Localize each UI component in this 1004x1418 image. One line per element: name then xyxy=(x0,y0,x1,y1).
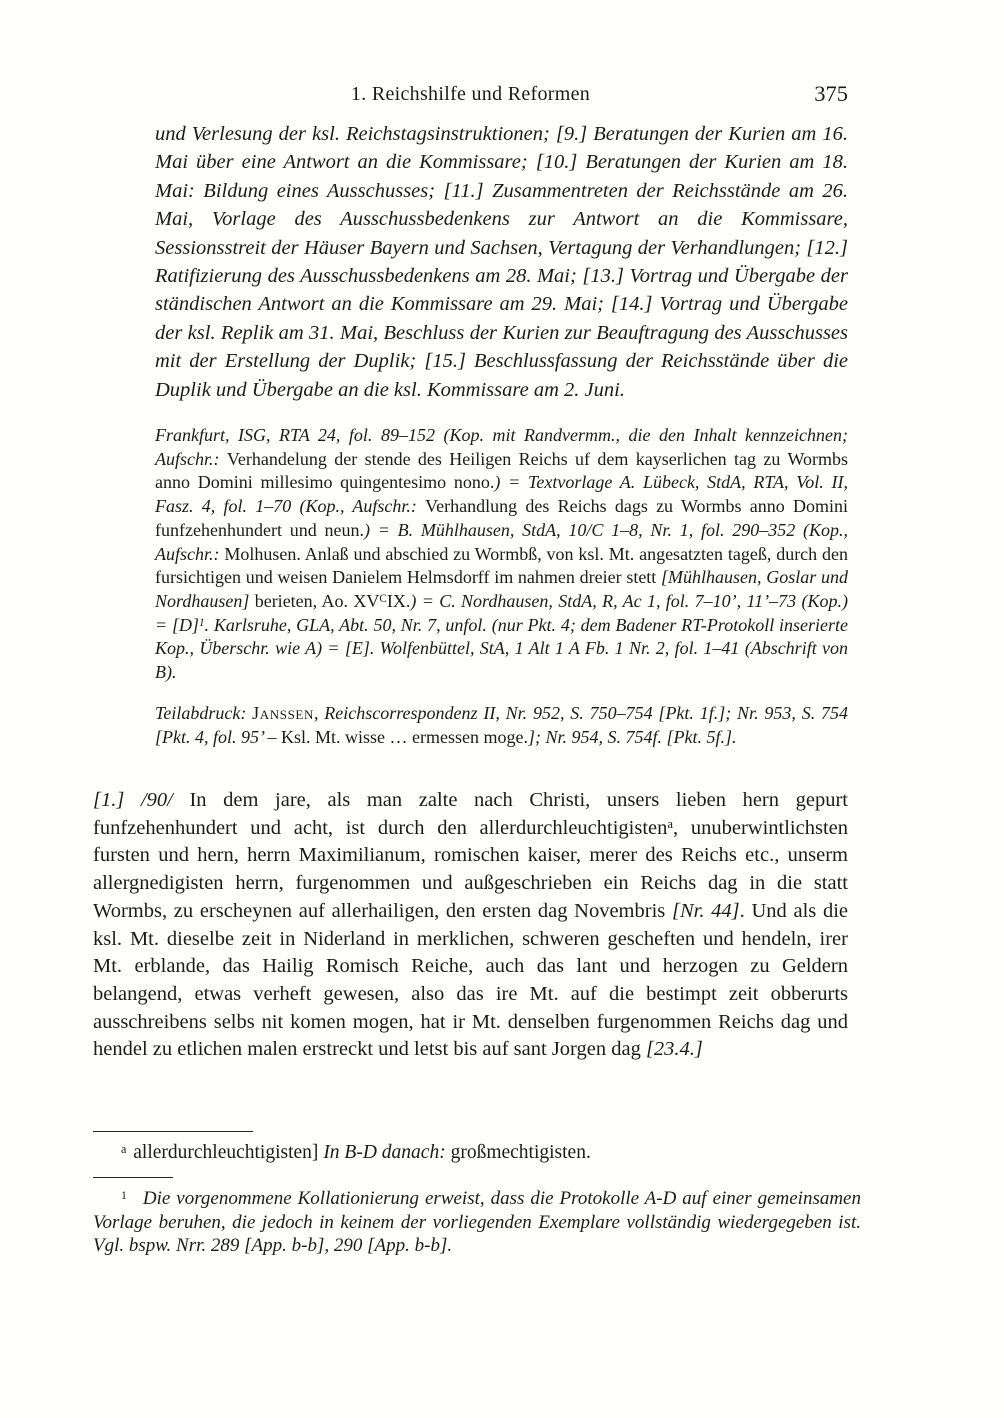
text-segment: Janssen xyxy=(252,703,314,723)
text-segment: a xyxy=(121,1142,126,1156)
text-segment: [23.4.] xyxy=(646,1038,703,1060)
partial-print-note: Teilabdruck: Janssen, Reichscorresponden… xyxy=(155,702,848,749)
text-segment: ]; Nr. 954, S. 754f. [Pkt. 5f.]. xyxy=(528,727,737,747)
source-description-paragraph: Frankfurt, ISG, RTA 24, fol. 89–152 (Kop… xyxy=(155,424,848,685)
text-segment: allerdurchleuchtigisten] xyxy=(128,1142,323,1163)
text-segment: Teilabdruck: xyxy=(155,703,252,723)
text-segment: Die vorgenommene Kollationierung erweist… xyxy=(93,1188,861,1256)
apparatus-rule xyxy=(93,1131,253,1132)
text-segment: [Nr. 44] xyxy=(672,900,740,922)
book-page: 1. Reichshilfe und Reformen 375 und Verl… xyxy=(0,0,1004,1418)
footnote-rule xyxy=(93,1177,173,1178)
text-segment: IX. xyxy=(387,591,411,611)
text-segment: In B-D danach: xyxy=(323,1142,450,1163)
apparatus-footnote-a: a allerdurchleuchtigisten] In B-D danach… xyxy=(93,1141,861,1165)
text-segment: a xyxy=(667,817,673,831)
text-segment: 1 xyxy=(199,617,205,629)
text-segment: berieten, Ao. XV xyxy=(255,591,380,611)
section-title: 1. Reichshilfe und Reformen xyxy=(93,83,848,106)
text-segment: großmechtigisten. xyxy=(451,1142,591,1163)
text-segment: . Karlsruhe, GLA, Abt. 50, Nr. 7, unfol.… xyxy=(155,615,848,682)
page-number: 375 xyxy=(814,81,848,107)
text-segment: Ksl. Mt. wisse … ermessen moge. xyxy=(281,727,528,747)
text-segment: . Und als die ksl. Mt. dieselbe zeit in … xyxy=(93,900,848,1061)
text-segment: und Verlesung der ksl. Reichstagsinstruk… xyxy=(155,123,848,401)
text-segment: C xyxy=(379,593,386,605)
text-segment: 1 xyxy=(121,1189,127,1202)
running-header: 1. Reichshilfe und Reformen 375 xyxy=(93,83,848,109)
summary-paragraph: und Verlesung der ksl. Reichstagsinstruk… xyxy=(155,120,848,404)
text-segment: [1.] /90/ xyxy=(93,789,189,811)
body-paragraph: [1.] /90/ In dem jare, als man zalte nac… xyxy=(93,787,848,1064)
footnote-1: 1Die vorgenommene Kollationierung erweis… xyxy=(93,1187,861,1258)
